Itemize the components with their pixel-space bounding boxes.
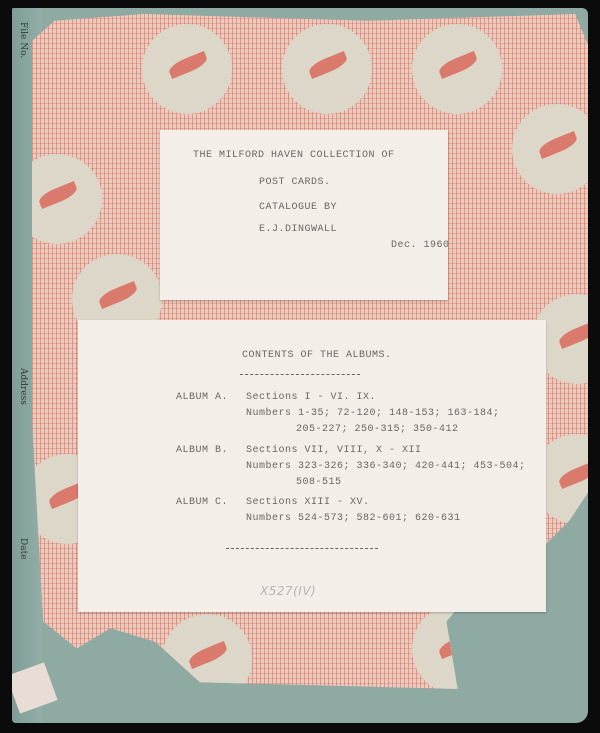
leaf-motif-icon (162, 614, 252, 704)
album-a-numbers-1: Numbers 1-35; 72-120; 148-153; 163-184; (246, 408, 500, 419)
album-c-name: ALBUM C. (176, 497, 228, 508)
album-a-sections: Sections I - VI. IX. (246, 392, 376, 403)
spine-label-file-no: File No. (18, 22, 28, 58)
album-a-name: ALBUM A. (176, 392, 228, 403)
leaf-motif-icon (512, 104, 588, 194)
leaf-motif-icon (412, 24, 502, 114)
title-line-3: CATALOGUE BY (259, 202, 337, 213)
footer-dash-line (226, 548, 378, 549)
spine-label-address: Address (18, 368, 28, 405)
contents-label: CONTENTS OF THE ALBUMS. ALBUM A. Section… (78, 320, 546, 612)
album-b-numbers-2: 508-515 (296, 477, 342, 488)
title-line-1: THE MILFORD HAVEN COLLECTION OF (193, 150, 395, 161)
pencil-accession-note: X527(IV) (260, 584, 316, 598)
album-c-sections: Sections XIII - XV. (246, 497, 370, 508)
leaf-motif-icon (142, 24, 232, 114)
title-line-2: POST CARDS. (259, 177, 331, 188)
leaf-motif-icon (412, 604, 502, 694)
album-b-name: ALBUM B. (176, 445, 228, 456)
album-c-numbers-1: Numbers 524-573; 582-601; 620-631 (246, 513, 461, 524)
catalogue-date: Dec. 1960 (391, 240, 450, 251)
author-name: E.J.DINGWALL (259, 224, 337, 235)
album-a-numbers-2: 205-227; 250-315; 350-412 (296, 424, 459, 435)
leaf-motif-icon (282, 24, 372, 114)
spine-label-date: Date (18, 538, 28, 560)
contents-heading: CONTENTS OF THE ALBUMS. (242, 350, 392, 361)
album-b-sections: Sections VII, VIII, X - XII (246, 445, 422, 456)
title-label: THE MILFORD HAVEN COLLECTION OF POST CAR… (160, 130, 448, 300)
heading-underline (240, 374, 360, 375)
album-b-numbers-1: Numbers 323-326; 336-340; 420-441; 453-5… (246, 461, 526, 472)
